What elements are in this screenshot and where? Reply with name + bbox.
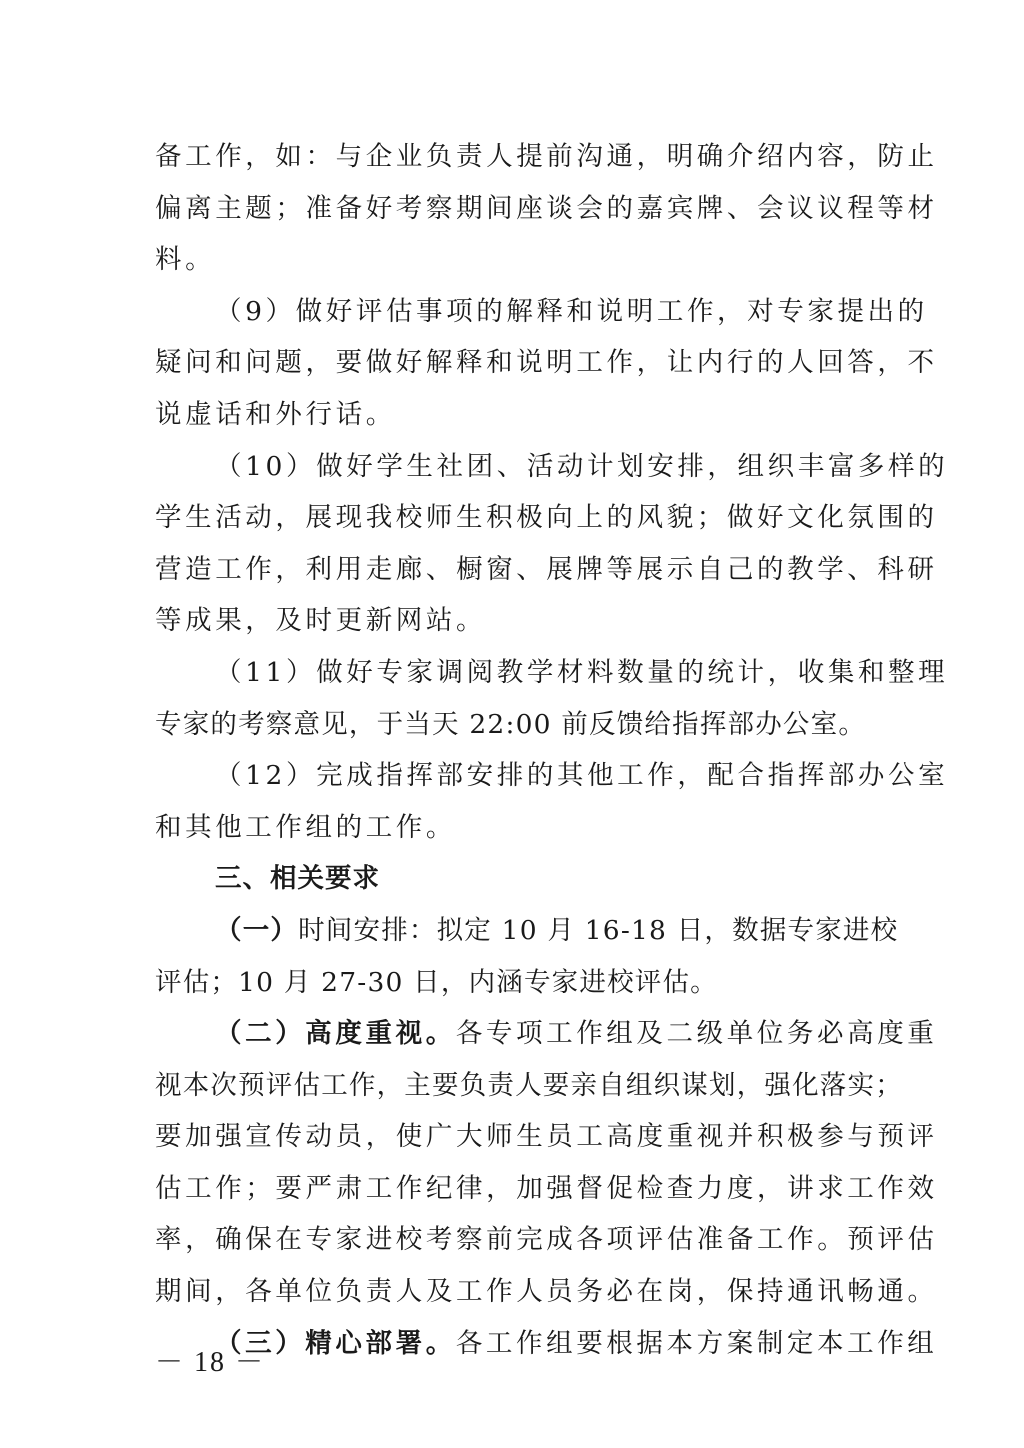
paragraph-item-9: （9）做好评估事项的解释和说明工作，对专家提出的 疑问和问题，要做好解释和说明工… [155,286,871,441]
text-line: （一）时间安排：拟定 10 月 16-18 日，数据专家进校 [155,905,871,957]
text-line: 料。 [155,234,871,286]
text-line: （二）高度重视。各专项工作组及二级单位务必高度重 [155,1008,871,1060]
text-line: 估工作；要严肃工作纪律，加强督促检查力度，讲求工作效 [155,1163,871,1215]
text-line: 专家的考察意见，于当天 22:00 前反馈给指挥部办公室。 [155,699,871,751]
text-line: （11）做好专家调阅教学材料数量的统计，收集和整理 [155,647,871,699]
text-line: 营造工作，利用走廊、橱窗、展牌等展示自己的教学、科研 [155,544,871,596]
text-line: （12）完成指挥部安排的其他工作，配合指挥部办公室 [155,750,871,802]
section-heading: 三、相关要求 [155,853,871,905]
text-line: 备工作，如：与企业负责人提前沟通，明确介绍内容，防止 [155,131,871,183]
paragraph-item-11: （11）做好专家调阅教学材料数量的统计，收集和整理 专家的考察意见，于当天 22… [155,647,871,750]
paragraph-lead: （一） [215,915,298,946]
paragraph-lead: （二）高度重视。 [215,1018,456,1049]
text-line: 等成果，及时更新网站。 [155,595,871,647]
paragraph-requirement-1: （一）时间安排：拟定 10 月 16-18 日，数据专家进校 评估；10 月 2… [155,905,871,1008]
text-line: 学生活动，展现我校师生积极向上的风貌；做好文化氛围的 [155,492,871,544]
paragraph-item-10: （10）做好学生社团、活动计划安排，组织丰富多样的 学生活动，展现我校师生积极向… [155,441,871,647]
text-line: 要加强宣传动员，使广大师生员工高度重视并积极参与预评 [155,1111,871,1163]
paragraph-requirement-2: （二）高度重视。各专项工作组及二级单位务必高度重 视本次预评估工作，主要负责人要… [155,1008,871,1318]
text-line: 期间，各单位负责人及工作人员务必在岗，保持通讯畅通。 [155,1266,871,1318]
text-line: 率，确保在专家进校考察前完成各项评估准备工作。预评估 [155,1214,871,1266]
document-body: 备工作，如：与企业负责人提前沟通，明确介绍内容，防止 偏离主题；准备好考察期间座… [155,131,871,1369]
paragraph-text: 时间安排：拟定 10 月 16-18 日，数据专家进校 [298,915,898,946]
paragraph-item-8-continuation: 备工作，如：与企业负责人提前沟通，明确介绍内容，防止 偏离主题；准备好考察期间座… [155,131,871,286]
paragraph-text: 各工作组要根据本方案制定本工作组 [456,1328,938,1359]
paragraph-item-12: （12）完成指挥部安排的其他工作，配合指挥部办公室 和其他工作组的工作。 [155,750,871,853]
page-number: － 18 － [155,1340,265,1380]
text-line: 和其他工作组的工作。 [155,802,871,854]
text-line: （10）做好学生社团、活动计划安排，组织丰富多样的 [155,441,871,493]
text-line: 视本次预评估工作，主要负责人要亲自组织谋划，强化落实； [155,1060,871,1112]
text-line: 偏离主题；准备好考察期间座谈会的嘉宾牌、会议议程等材 [155,183,871,235]
text-line: 评估；10 月 27-30 日，内涵专家进校评估。 [155,957,871,1009]
document-page: 备工作，如：与企业负责人提前沟通，明确介绍内容，防止 偏离主题；准备好考察期间座… [0,0,1024,1448]
text-line: （9）做好评估事项的解释和说明工作，对专家提出的 [155,286,871,338]
text-line: 疑问和问题，要做好解释和说明工作，让内行的人回答，不 [155,337,871,389]
text-line: 说虚话和外行话。 [155,389,871,441]
paragraph-text: 各专项工作组及二级单位务必高度重 [456,1018,938,1049]
